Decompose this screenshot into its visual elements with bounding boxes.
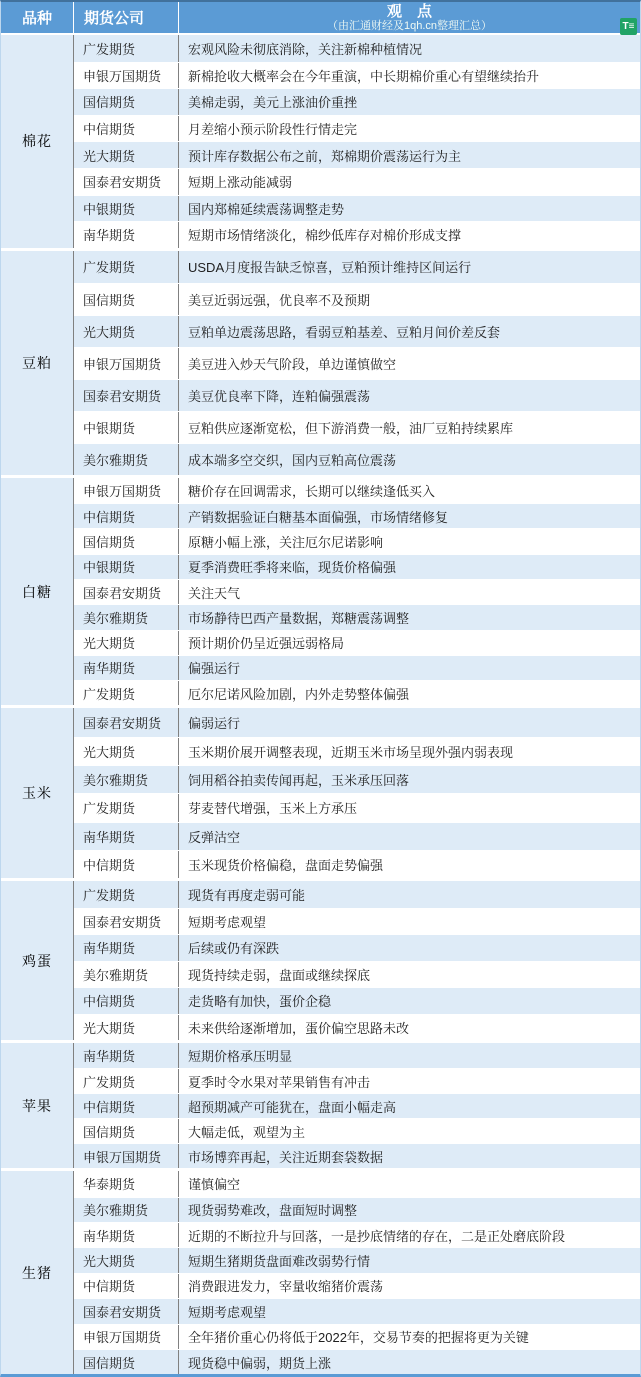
view-cell: 现货持续走弱，盘面或继续探底 <box>179 962 640 988</box>
view-cell: 成本端多空交织，国内豆粕高位震荡 <box>179 444 640 475</box>
company-cell: 广发期货 <box>74 251 179 283</box>
variety-label: 棉花 <box>1 35 74 248</box>
col-header-view: 观 点 （由汇通财经及1qh.cn整理汇总） <box>179 2 640 33</box>
table-row: 中信期货月差缩小预示阶段性行情走完 <box>74 115 640 142</box>
col-header-company: 期货公司 <box>74 2 179 33</box>
table-row: 光大期货预计期价仍呈近强远弱格局 <box>74 630 640 655</box>
company-cell: 国泰君安期货 <box>74 909 179 935</box>
watermark-icon: T≡ <box>620 18 637 35</box>
table-row: 国信期货美豆近弱远强，优良率不及预期 <box>74 283 640 315</box>
table-row: 申银万国期货糖价存在回调需求，长期可以继续逢低买入 <box>74 478 640 503</box>
view-column-title: 观 点 <box>387 4 432 20</box>
table-row: 华泰期货谨慎偏空 <box>74 1171 640 1196</box>
company-cell: 中信期货 <box>74 988 179 1014</box>
view-cell: 偏弱运行 <box>179 708 640 736</box>
view-column-subtitle: （由汇通财经及1qh.cn整理汇总） <box>327 20 492 32</box>
table-row: 中信期货产销数据验证白糖基本面偏强，市场情绪修复 <box>74 503 640 528</box>
company-cell: 广发期货 <box>74 1069 179 1093</box>
company-cell: 中银期货 <box>74 412 179 443</box>
company-cell: 南华期货 <box>74 656 179 680</box>
view-cell: 现货稳中偏弱，期货上涨 <box>179 1350 640 1374</box>
company-cell: 申银万国期货 <box>74 1144 179 1168</box>
view-cell: 大幅走低，观望为主 <box>179 1119 640 1143</box>
company-cell: 美尔雅期货 <box>74 444 179 475</box>
table-row: 光大期货预计库存数据公布之前，郑棉期价震荡运行为主 <box>74 141 640 168</box>
table-row: 光大期货豆粕单边震荡思路，看弱豆粕基差、豆粕月间价差反套 <box>74 315 640 347</box>
company-cell: 美尔雅期货 <box>74 1198 179 1222</box>
view-cell: 全年猪价重心仍将低于2022年，交易节奏的把握将更为关键 <box>179 1325 640 1349</box>
view-cell: 原糖小幅上涨，关注厄尔尼诺影响 <box>179 529 640 553</box>
view-cell: 近期的不断拉升与回落，一是抄底情绪的存在，二是正处磨底阶段 <box>179 1223 640 1247</box>
table-row: 国泰君安期货美豆优良率下降，连粕偏强震荡 <box>74 379 640 411</box>
view-cell: 市场静待巴西产量数据，郑糖震荡调整 <box>179 605 640 629</box>
view-cell: 偏强运行 <box>179 656 640 680</box>
view-cell: 走货略有加快，蛋价企稳 <box>179 988 640 1014</box>
company-cell: 光大期货 <box>74 1015 179 1041</box>
company-cell: 国信期货 <box>74 1119 179 1143</box>
commodity-section: 玉米国泰君安期货偏弱运行光大期货玉米期价展开调整表现，近期玉米市场呈现外强内弱表… <box>1 705 640 878</box>
table-row: 国信期货大幅走低，观望为主 <box>74 1118 640 1143</box>
table-row: 国泰君安期货短期考虑观望 <box>74 1298 640 1323</box>
commodity-section: 苹果南华期货短期价格承压明显广发期货夏季时令水果对苹果销售有冲击中信期货超预期减… <box>1 1040 640 1168</box>
company-cell: 美尔雅期货 <box>74 605 179 629</box>
view-cell: 豆粕单边震荡思路，看弱豆粕基差、豆粕月间价差反套 <box>179 316 640 347</box>
variety-label: 鸡蛋 <box>1 881 74 1040</box>
view-cell: 后续或仍有深跌 <box>179 935 640 961</box>
view-cell: 预计库存数据公布之前，郑棉期价震荡运行为主 <box>179 142 640 168</box>
company-cell: 国泰君安期货 <box>74 380 179 411</box>
table-row: 国信期货现货稳中偏弱，期货上涨 <box>74 1349 640 1374</box>
table-row: 中银期货豆粕供应逐渐宽松，但下游消费一般，油厂豆粕持续累库 <box>74 411 640 443</box>
view-cell: 芽麦替代增强，玉米上方承压 <box>179 794 640 821</box>
table-row: 南华期货后续或仍有深跌 <box>74 934 640 961</box>
company-cell: 光大期货 <box>74 631 179 655</box>
table-row: 光大期货玉米期价展开调整表现，近期玉米市场呈现外强内弱表现 <box>74 737 640 765</box>
view-cell: 玉米现货价格偏稳，盘面走势偏强 <box>179 851 640 878</box>
table-row: 中信期货消费跟进发力，宰量收缩猪价震荡 <box>74 1273 640 1298</box>
company-cell: 中信期货 <box>74 851 179 878</box>
view-cell: 厄尔尼诺风险加剧，内外走势整体偏强 <box>179 681 640 705</box>
company-cell: 美尔雅期货 <box>74 766 179 793</box>
view-cell: 饲用稻谷拍卖传闻再起，玉米承压回落 <box>179 766 640 793</box>
variety-label: 白糖 <box>1 478 74 706</box>
company-cell: 南华期货 <box>74 1223 179 1247</box>
table-row: 南华期货近期的不断拉升与回落，一是抄底情绪的存在，二是正处磨底阶段 <box>74 1222 640 1247</box>
commodity-section: 棉花广发期货宏观风险未彻底消除，关注新棉种植情况申银万国期货新棉抢收大概率会在今… <box>1 35 640 248</box>
company-cell: 广发期货 <box>74 794 179 821</box>
view-cell: 预计期价仍呈近强远弱格局 <box>179 631 640 655</box>
table-row: 中信期货玉米现货价格偏稳，盘面走势偏强 <box>74 850 640 878</box>
table-row: 南华期货短期市场情绪淡化，棉纱低库存对棉价形成支撑 <box>74 221 640 248</box>
company-cell: 国信期货 <box>74 529 179 553</box>
company-cell: 广发期货 <box>74 881 179 908</box>
company-cell: 申银万国期货 <box>74 348 179 379</box>
table-body: 棉花广发期货宏观风险未彻底消除，关注新棉种植情况申银万国期货新棉抢收大概率会在今… <box>1 35 640 1374</box>
company-cell: 南华期货 <box>74 935 179 961</box>
company-cell: 光大期货 <box>74 142 179 168</box>
table-row: 光大期货未来供给逐渐增加，蛋价偏空思路未改 <box>74 1014 640 1041</box>
view-cell: 超预期减产可能犹在，盘面小幅走高 <box>179 1094 640 1118</box>
view-cell: 消费跟进发力，宰量收缩猪价震荡 <box>179 1274 640 1298</box>
company-cell: 中信期货 <box>74 504 179 528</box>
company-cell: 国信期货 <box>74 1350 179 1374</box>
company-cell: 国信期货 <box>74 284 179 315</box>
company-cell: 国泰君安期货 <box>74 1299 179 1323</box>
view-cell: 短期价格承压明显 <box>179 1043 640 1068</box>
view-cell: 玉米期价展开调整表现，近期玉米市场呈现外强内弱表现 <box>179 738 640 765</box>
variety-label: 玉米 <box>1 708 74 878</box>
company-cell: 中信期货 <box>74 1274 179 1298</box>
commodity-section: 生猪华泰期货谨慎偏空美尔雅期货现货弱势难改，盘面短时调整南华期货近期的不断拉升与… <box>1 1168 640 1374</box>
variety-label: 豆粕 <box>1 251 74 475</box>
view-cell: 月差缩小预示阶段性行情走完 <box>179 116 640 142</box>
table-row: 广发期货夏季时令水果对苹果销售有冲击 <box>74 1068 640 1093</box>
table-row: 中信期货走货略有加快，蛋价企稳 <box>74 987 640 1014</box>
company-cell: 中信期货 <box>74 116 179 142</box>
company-cell: 申银万国期货 <box>74 1325 179 1349</box>
company-cell: 南华期货 <box>74 823 179 850</box>
company-cell: 中信期货 <box>74 1094 179 1118</box>
company-cell: 广发期货 <box>74 35 179 62</box>
company-cell: 光大期货 <box>74 738 179 765</box>
view-cell: 美豆优良率下降，连粕偏强震荡 <box>179 380 640 411</box>
table-row: 国泰君安期货短期考虑观望 <box>74 908 640 935</box>
table-row: 申银万国期货美豆进入炒天气阶段，单边谨慎做空 <box>74 347 640 379</box>
company-cell: 中银期货 <box>74 196 179 222</box>
view-cell: 短期生猪期货盘面难改弱势行情 <box>179 1248 640 1272</box>
view-cell: 国内郑棉延续震荡调整走势 <box>179 196 640 222</box>
company-cell: 广发期货 <box>74 681 179 705</box>
view-cell: 短期市场情绪淡化，棉纱低库存对棉价形成支撑 <box>179 222 640 248</box>
table-row: 美尔雅期货成本端多空交织，国内豆粕高位震荡 <box>74 443 640 475</box>
view-cell: 产销数据验证白糖基本面偏强，市场情绪修复 <box>179 504 640 528</box>
company-cell: 中银期货 <box>74 555 179 579</box>
company-cell: 国泰君安期货 <box>74 580 179 604</box>
view-cell: 夏季消费旺季将来临，现货价格偏强 <box>179 555 640 579</box>
table-row: 国信期货美棉走弱，美元上涨油价重挫 <box>74 88 640 115</box>
table-row: 广发期货现货有再度走弱可能 <box>74 881 640 908</box>
table-row: 广发期货USDA月度报告缺乏惊喜，豆粕预计维持区间运行 <box>74 251 640 283</box>
table-row: 中银期货国内郑棉延续震荡调整走势 <box>74 195 640 222</box>
company-cell: 南华期货 <box>74 1043 179 1068</box>
company-cell: 国泰君安期货 <box>74 708 179 736</box>
table-row: 申银万国期货全年猪价重心仍将低于2022年，交易节奏的把握将更为关键 <box>74 1324 640 1349</box>
table-row: 南华期货偏强运行 <box>74 655 640 680</box>
table-header-row: 品种 期货公司 观 点 （由汇通财经及1qh.cn整理汇总） T≡ <box>1 2 640 35</box>
table-row: 国泰君安期货偏弱运行 <box>74 708 640 736</box>
table-row: 广发期货厄尔尼诺风险加剧，内外走势整体偏强 <box>74 680 640 705</box>
table-row: 美尔雅期货现货持续走弱，盘面或继续探底 <box>74 961 640 988</box>
table-row: 中银期货夏季消费旺季将来临，现货价格偏强 <box>74 554 640 579</box>
view-cell: 市场博弈再起，关注近期套袋数据 <box>179 1144 640 1168</box>
table-row: 申银万国期货新棉抢收大概率会在今年重演，中长期棉价重心有望继续抬升 <box>74 62 640 89</box>
table-row: 美尔雅期货饲用稻谷拍卖传闻再起，玉米承压回落 <box>74 765 640 793</box>
company-cell: 光大期货 <box>74 1248 179 1272</box>
view-cell: 关注天气 <box>179 580 640 604</box>
view-cell: 短期考虑观望 <box>179 1299 640 1323</box>
table-row: 光大期货短期生猪期货盘面难改弱势行情 <box>74 1247 640 1272</box>
view-cell: 短期上涨动能减弱 <box>179 169 640 195</box>
table-row: 广发期货芽麦替代增强，玉米上方承压 <box>74 793 640 821</box>
table-row: 美尔雅期货市场静待巴西产量数据，郑糖震荡调整 <box>74 604 640 629</box>
view-cell: 糖价存在回调需求，长期可以继续逢低买入 <box>179 478 640 503</box>
view-cell: 现货弱势难改，盘面短时调整 <box>179 1198 640 1222</box>
company-cell: 华泰期货 <box>74 1171 179 1196</box>
company-cell: 光大期货 <box>74 316 179 347</box>
view-cell: 豆粕供应逐渐宽松，但下游消费一般，油厂豆粕持续累库 <box>179 412 640 443</box>
view-cell: 夏季时令水果对苹果销售有冲击 <box>179 1069 640 1093</box>
company-cell: 国信期货 <box>74 89 179 115</box>
table-row: 南华期货反弹沽空 <box>74 822 640 850</box>
view-cell: 宏观风险未彻底消除，关注新棉种植情况 <box>179 35 640 62</box>
table-row: 国信期货原糖小幅上涨，关注厄尔尼诺影响 <box>74 528 640 553</box>
col-header-variety: 品种 <box>1 2 74 33</box>
commodity-section: 鸡蛋广发期货现货有再度走弱可能国泰君安期货短期考虑观望南华期货后续或仍有深跌美尔… <box>1 878 640 1040</box>
view-cell: 反弹沽空 <box>179 823 640 850</box>
company-cell: 美尔雅期货 <box>74 962 179 988</box>
company-cell: 申银万国期货 <box>74 63 179 89</box>
view-cell: 未来供给逐渐增加，蛋价偏空思路未改 <box>179 1015 640 1041</box>
variety-label: 苹果 <box>1 1043 74 1168</box>
view-cell: 美豆近弱远强，优良率不及预期 <box>179 284 640 315</box>
view-cell: 美棉走弱，美元上涨油价重挫 <box>179 89 640 115</box>
table-row: 申银万国期货市场博弈再起，关注近期套袋数据 <box>74 1143 640 1168</box>
view-cell: 现货有再度走弱可能 <box>179 881 640 908</box>
view-cell: 短期考虑观望 <box>179 909 640 935</box>
futures-views-table: 品种 期货公司 观 点 （由汇通财经及1qh.cn整理汇总） T≡ 棉花广发期货… <box>0 0 641 1377</box>
table-row: 南华期货短期价格承压明显 <box>74 1043 640 1068</box>
company-cell: 国泰君安期货 <box>74 169 179 195</box>
company-cell: 南华期货 <box>74 222 179 248</box>
table-row: 美尔雅期货现货弱势难改，盘面短时调整 <box>74 1197 640 1222</box>
table-row: 中信期货超预期减产可能犹在，盘面小幅走高 <box>74 1093 640 1118</box>
view-cell: 美豆进入炒天气阶段，单边谨慎做空 <box>179 348 640 379</box>
commodity-section: 豆粕广发期货USDA月度报告缺乏惊喜，豆粕预计维持区间运行国信期货美豆近弱远强，… <box>1 248 640 475</box>
commodity-section: 白糖申银万国期货糖价存在回调需求，长期可以继续逢低买入中信期货产销数据验证白糖基… <box>1 475 640 706</box>
company-cell: 申银万国期货 <box>74 478 179 503</box>
view-cell: USDA月度报告缺乏惊喜，豆粕预计维持区间运行 <box>179 251 640 283</box>
variety-label: 生猪 <box>1 1171 74 1374</box>
table-row: 国泰君安期货短期上涨动能减弱 <box>74 168 640 195</box>
view-cell: 谨慎偏空 <box>179 1171 640 1196</box>
table-row: 广发期货宏观风险未彻底消除，关注新棉种植情况 <box>74 35 640 62</box>
table-row: 国泰君安期货关注天气 <box>74 579 640 604</box>
view-cell: 新棉抢收大概率会在今年重演，中长期棉价重心有望继续抬升 <box>179 63 640 89</box>
